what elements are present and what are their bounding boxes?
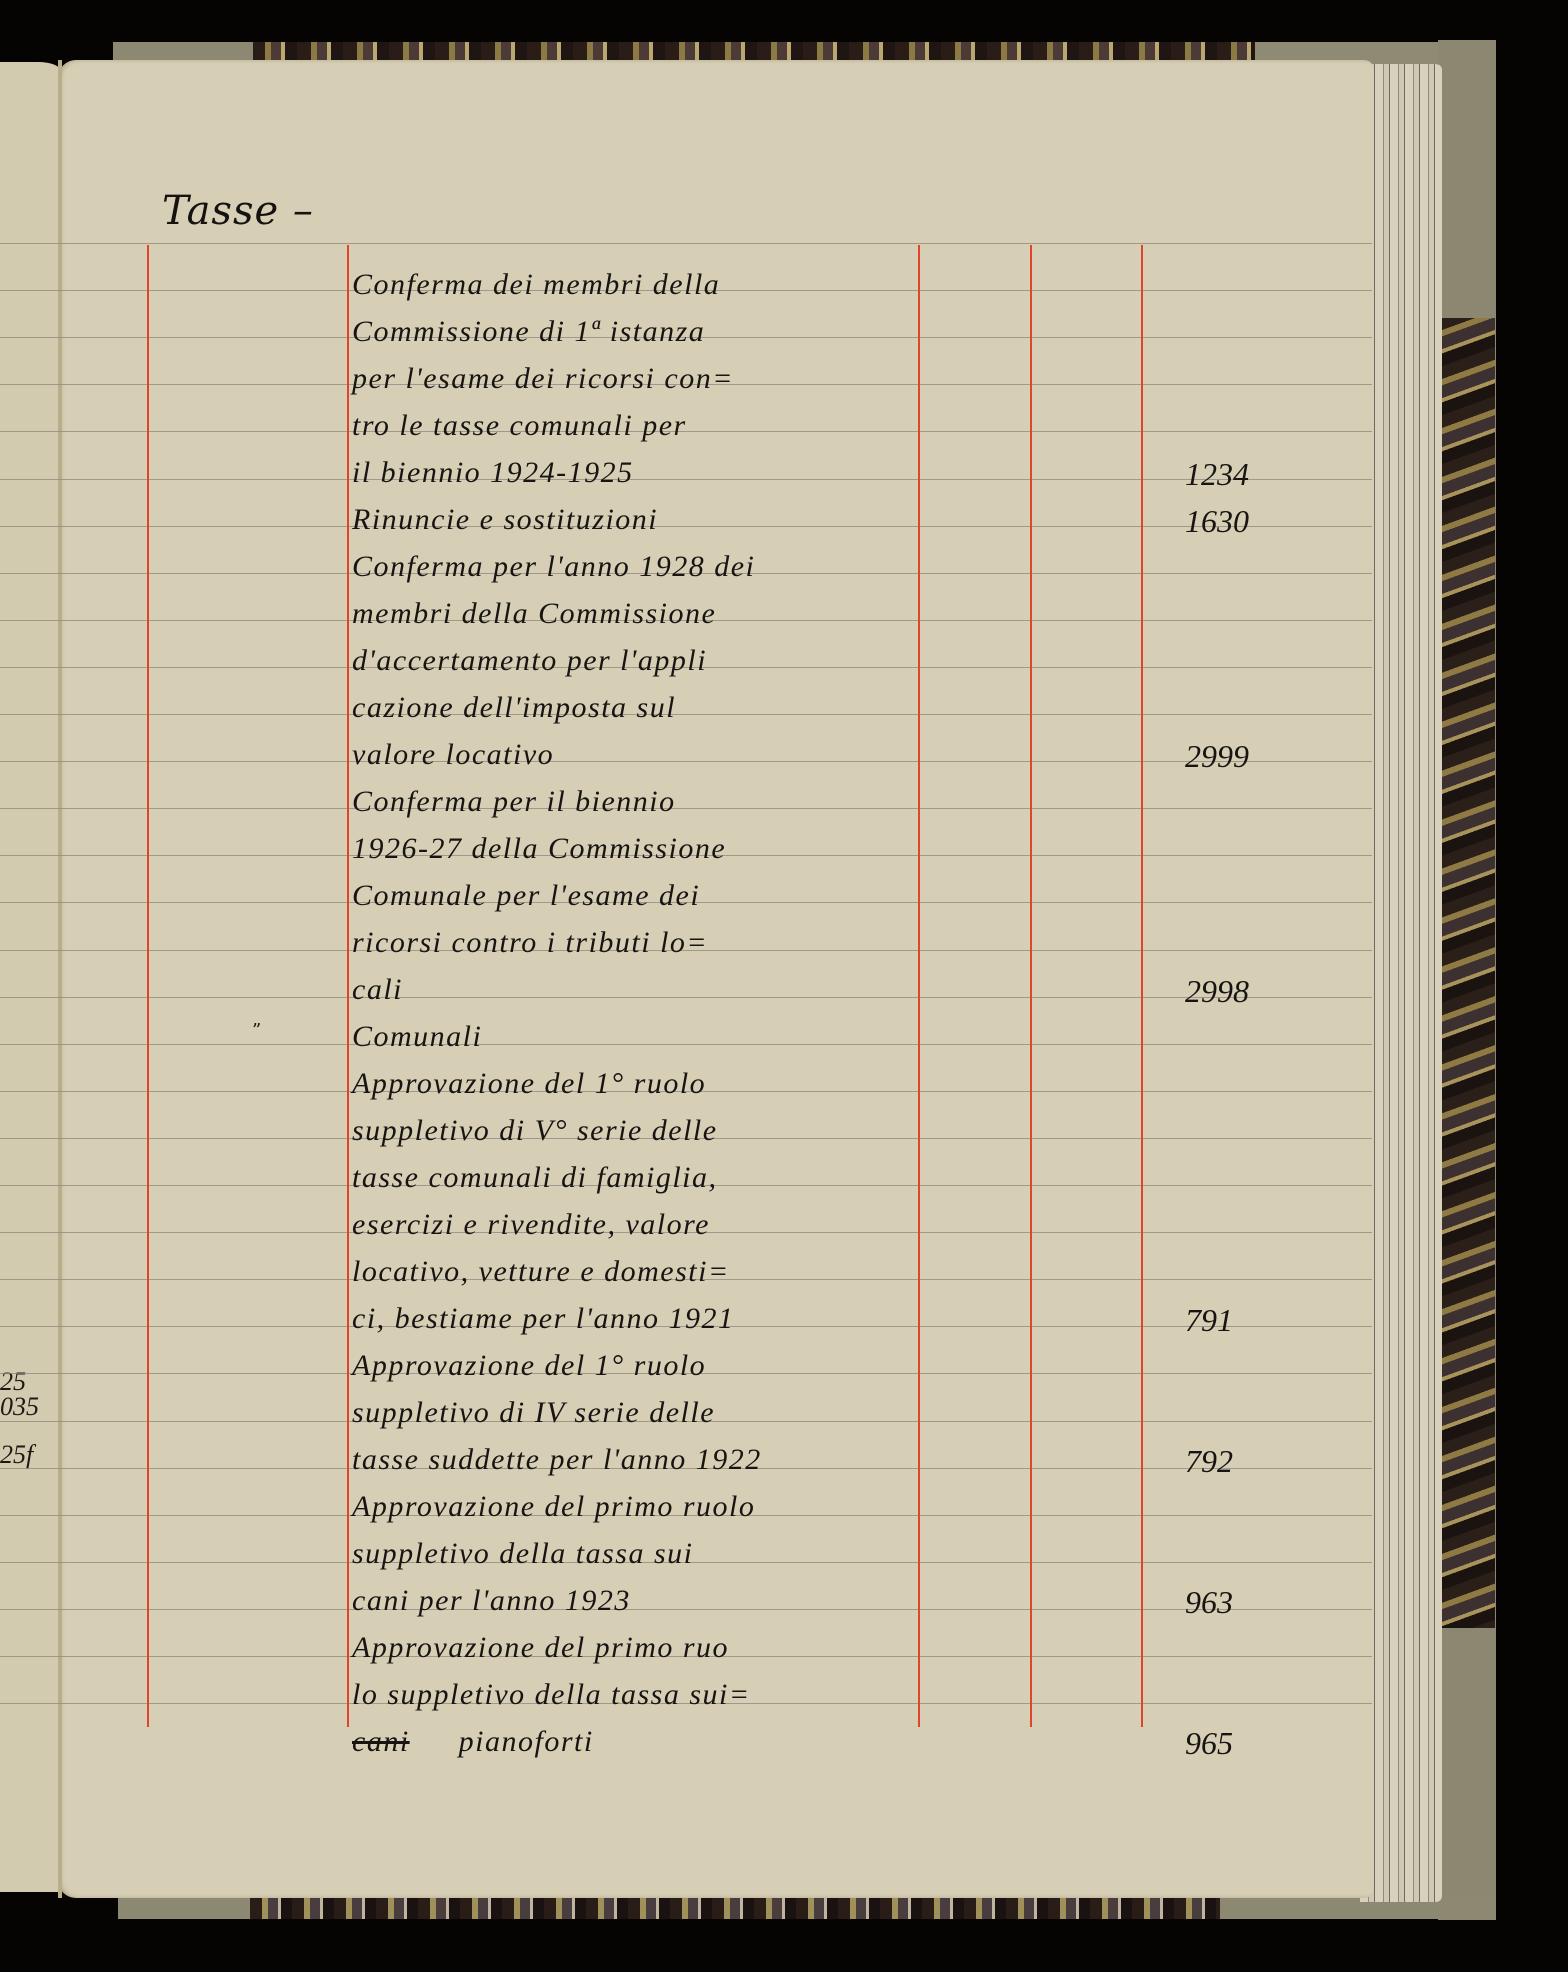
marbled-cover bbox=[1440, 318, 1495, 1628]
entry-reference-number: 1630 bbox=[1185, 503, 1249, 540]
entry-reference-number: 792 bbox=[1185, 1443, 1233, 1480]
entry-text-line: valore locativo bbox=[352, 738, 932, 772]
entry-text-line: tro le tasse comunali per bbox=[352, 409, 932, 443]
entry-text-line: Approvazione del 1° ruolo bbox=[352, 1067, 932, 1101]
book-cover-bottom-edge bbox=[118, 1895, 1495, 1919]
entry-text-line: d'accertamento per l'appli bbox=[352, 644, 932, 678]
entry-reference-number: 963 bbox=[1185, 1584, 1233, 1621]
entry-text-line: cani per l'anno 1923 bbox=[352, 1584, 932, 1618]
entry-text-line: Comunale per l'esame dei bbox=[352, 879, 932, 913]
entry-text-line: per l'esame dei ricorsi con= bbox=[352, 362, 932, 396]
left-page-number-fragment: 035 bbox=[0, 1392, 39, 1422]
book-gutter bbox=[58, 60, 62, 1898]
entry-text-line: Conferma per il biennio bbox=[352, 785, 932, 819]
entry-text-line: membri della Commissione bbox=[352, 597, 932, 631]
entry-text-line: Approvazione del 1° ruolo bbox=[352, 1349, 932, 1383]
entry-text-line: Conferma per l'anno 1928 dei bbox=[352, 550, 932, 584]
entry-text-line: tasse suddette per l'anno 1922 bbox=[352, 1443, 932, 1477]
ruled-line bbox=[0, 243, 1372, 244]
entry-reference-number: 965 bbox=[1185, 1725, 1233, 1762]
entry-reference-number: 791 bbox=[1185, 1302, 1233, 1339]
entry-text-line: Conferma dei membri della bbox=[352, 268, 932, 302]
entry-text-line: locativo, vetture e domesti= bbox=[352, 1255, 932, 1289]
red-margin-rule bbox=[147, 245, 149, 1727]
red-column-rule bbox=[1141, 245, 1143, 1727]
red-column-rule bbox=[347, 245, 349, 1727]
marbled-cover bbox=[250, 1895, 1220, 1919]
entry-text-line: suppletivo di V° serie delle bbox=[352, 1114, 932, 1148]
entry-reference-number: 2999 bbox=[1185, 738, 1249, 775]
entry-text-line: 1926-27 della Commissione bbox=[352, 832, 932, 866]
entry-text-line: ricorsi contro i tributi lo= bbox=[352, 926, 932, 960]
entry-text-line: Comunali bbox=[352, 1020, 932, 1054]
entry-text-line: Approvazione del primo ruolo bbox=[352, 1490, 932, 1524]
entry-text-line: cazione dell'imposta sul bbox=[352, 691, 932, 725]
entry-reference-number: 2998 bbox=[1185, 973, 1249, 1010]
section-heading: Tasse – bbox=[162, 188, 314, 234]
entry-text-line: il biennio 1924-1925 bbox=[352, 456, 932, 490]
struck-word: cani bbox=[352, 1725, 410, 1758]
entry-text-line: Approvazione del primo ruo bbox=[352, 1631, 932, 1665]
red-column-rule bbox=[1030, 245, 1032, 1727]
left-page-number-fragment: 25f bbox=[0, 1440, 33, 1470]
entry-text-line: Rinuncie e sostituzioni bbox=[352, 503, 932, 537]
book-cover-right-edge bbox=[1438, 40, 1496, 1920]
entry-text-line: suppletivo di IV serie delle bbox=[352, 1396, 932, 1430]
entry-text-line: cali bbox=[352, 973, 932, 1007]
entry-text-word: pianoforti bbox=[459, 1725, 594, 1758]
entry-text-line: suppletivo della tassa sui bbox=[352, 1537, 932, 1571]
entry-reference-number: 1234 bbox=[1185, 456, 1249, 493]
entry-text-line: esercizi e rivendite, valore bbox=[352, 1208, 932, 1242]
ditto-mark: ” bbox=[252, 1020, 261, 1041]
entry-text-line: lo suppletivo della tassa sui= bbox=[352, 1678, 932, 1712]
entry-text-line: Commissione di 1ª istanza bbox=[352, 315, 932, 349]
entry-text-line: tasse comunali di famiglia, bbox=[352, 1161, 932, 1195]
entry-text-line: cani pianoforti bbox=[352, 1725, 932, 1759]
entry-text-line: ci, bestiame per l'anno 1921 bbox=[352, 1302, 932, 1336]
